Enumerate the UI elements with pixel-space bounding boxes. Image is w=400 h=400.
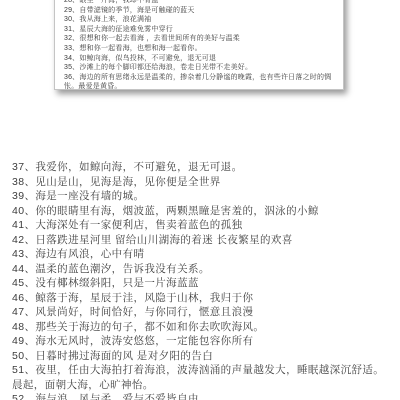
preview-line: 36、海边的所有思绪永远是温柔的，掺杂着几分静谧的晚霞，也有些许日落之时的惆怅。…: [64, 73, 336, 90]
document-view: 28、眼里一片海，我却不肯蓝 29、自带滤镜的季节，海是可触碰的蓝天 30、我从…: [0, 0, 400, 400]
page-preview: 28、眼里一片海，我却不肯蓝 29、自带滤镜的季节，海是可触碰的蓝天 30、我从…: [54, 0, 344, 90]
preview-line: 34、如鲸向海，似鸟投林，不可避免，退无可退: [64, 54, 336, 64]
preview-line: 35、沙滩上的每个脚印都还给海浪，卷走日光带不走美好。: [64, 63, 336, 73]
quote-line: 40、你的眼睛里有海，烟波蓝，两颗黑瞳是害羞的，泅泳的小鲸: [12, 204, 393, 219]
quote-line: 48、那些关于海边的句子，都不如和你去吹吹海风。: [12, 320, 393, 335]
quote-line: 39、海是一座没有墙的城。: [12, 189, 393, 204]
preview-line: 29、自带滤镜的季节，海是可触碰的蓝天: [64, 6, 336, 16]
quote-line: 44、温柔的蓝色潮汐，告诉我没有关系。: [12, 262, 393, 277]
quote-line: 46、鲸落于海，星辰于洼，风隐于山林，我归于你: [12, 291, 393, 306]
quote-line: 52、海与浪，风与柔，爱与不爱皆自由: [12, 392, 393, 400]
quote-line: 43、海边有风浪，心中有晴: [12, 247, 393, 262]
quote-line: 37、我爱你，如鲸向海，不可避免，退无可退。: [12, 160, 393, 175]
quote-line: 38、见山是山，见海是海，见你便是全世界: [12, 175, 393, 190]
preview-line: 30、我从海上来，浪花满袖: [64, 15, 336, 25]
quote-line: 51、夜里，任由大海拍打着海浪，波涛汹涌的声量越发大，睡眠越深沉舒适。晨起，面朝…: [12, 363, 393, 392]
quote-line: 49、海水无风时，波涛安悠悠，一定能包容你所有: [12, 334, 393, 349]
quote-line: 47、风景尚好，时间恰好，与你同行，惬意且浪漫: [12, 305, 393, 320]
quote-list: 37、我爱你，如鲸向海，不可避免，退无可退。 38、见山是山，见海是海，见你便是…: [12, 160, 393, 400]
preview-line: 33、想和你一起看海，也想和海一起看你。: [64, 44, 336, 54]
preview-line: 31、星辰大海的征途难免雾中穿行: [64, 25, 336, 35]
quote-line: 50、日暮时拂过海面的风 是对夕阳的告白: [12, 349, 393, 364]
quote-line: 41、大海深处有一家便利店，售卖着蓝色的孤独: [12, 218, 393, 233]
preview-line: 32、很想和你一起去看海 ，去看世间所有的美好与温柔: [64, 34, 336, 44]
quote-line: 45、没有椰林缀斜阳，只是一片海蓝蓝: [12, 276, 393, 291]
quote-line: 42、日落跌进星河里 留给山川湖海的着迷 长夜繁星的欢喜: [12, 233, 393, 248]
